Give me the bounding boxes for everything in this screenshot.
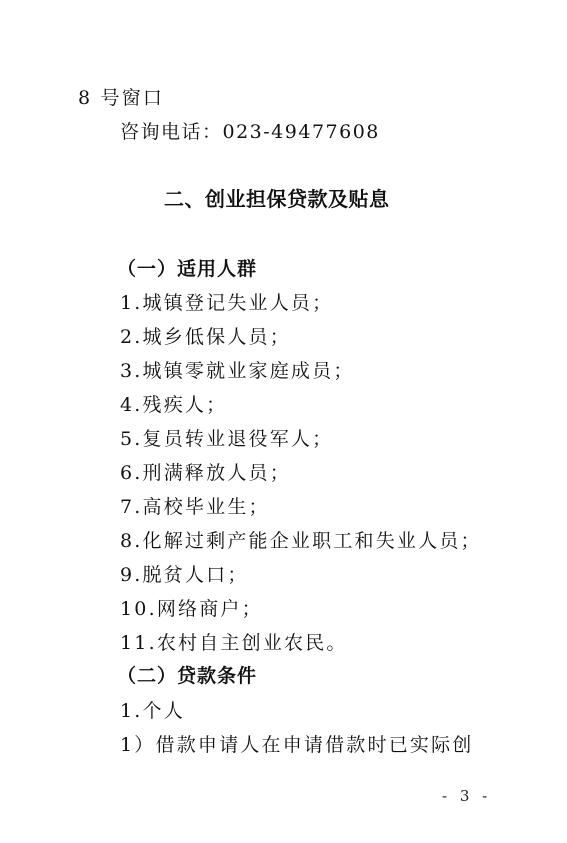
list-item: 7.高校毕业生； <box>120 495 270 519</box>
list-item: 3.城镇零就业家庭成员； <box>120 359 355 383</box>
subsection-title-applicable-groups: （一）适用人群 <box>117 257 257 281</box>
phone-line: 咨询电话：023-49477608 <box>120 120 380 144</box>
condition-individual: 1.个人 <box>120 699 185 723</box>
list-item: 1.城镇登记失业人员； <box>120 291 333 315</box>
subsection-title-loan-conditions: （二）贷款条件 <box>117 664 257 688</box>
list-item: 5.复员转业退役军人； <box>120 427 333 451</box>
page-number: - 3 - <box>442 784 491 808</box>
list-item: 6.刑满释放人员； <box>120 461 291 485</box>
list-item: 9.脱贫人口； <box>120 563 249 587</box>
list-item: 10.网络商户； <box>120 597 263 621</box>
list-item: 2.城乡低保人员； <box>120 325 291 349</box>
window-line: 8 号窗口 <box>78 86 164 110</box>
list-item: 4.残疾人； <box>120 393 227 417</box>
condition-item: 1）借款申请人在申请借款时已实际创 <box>120 733 474 757</box>
list-item: 8.化解过剩产能企业职工和失业人员； <box>120 529 482 553</box>
list-item: 11.农村自主创业农民。 <box>120 631 348 655</box>
section-title: 二、创业担保贷款及贴息 <box>164 187 390 211</box>
